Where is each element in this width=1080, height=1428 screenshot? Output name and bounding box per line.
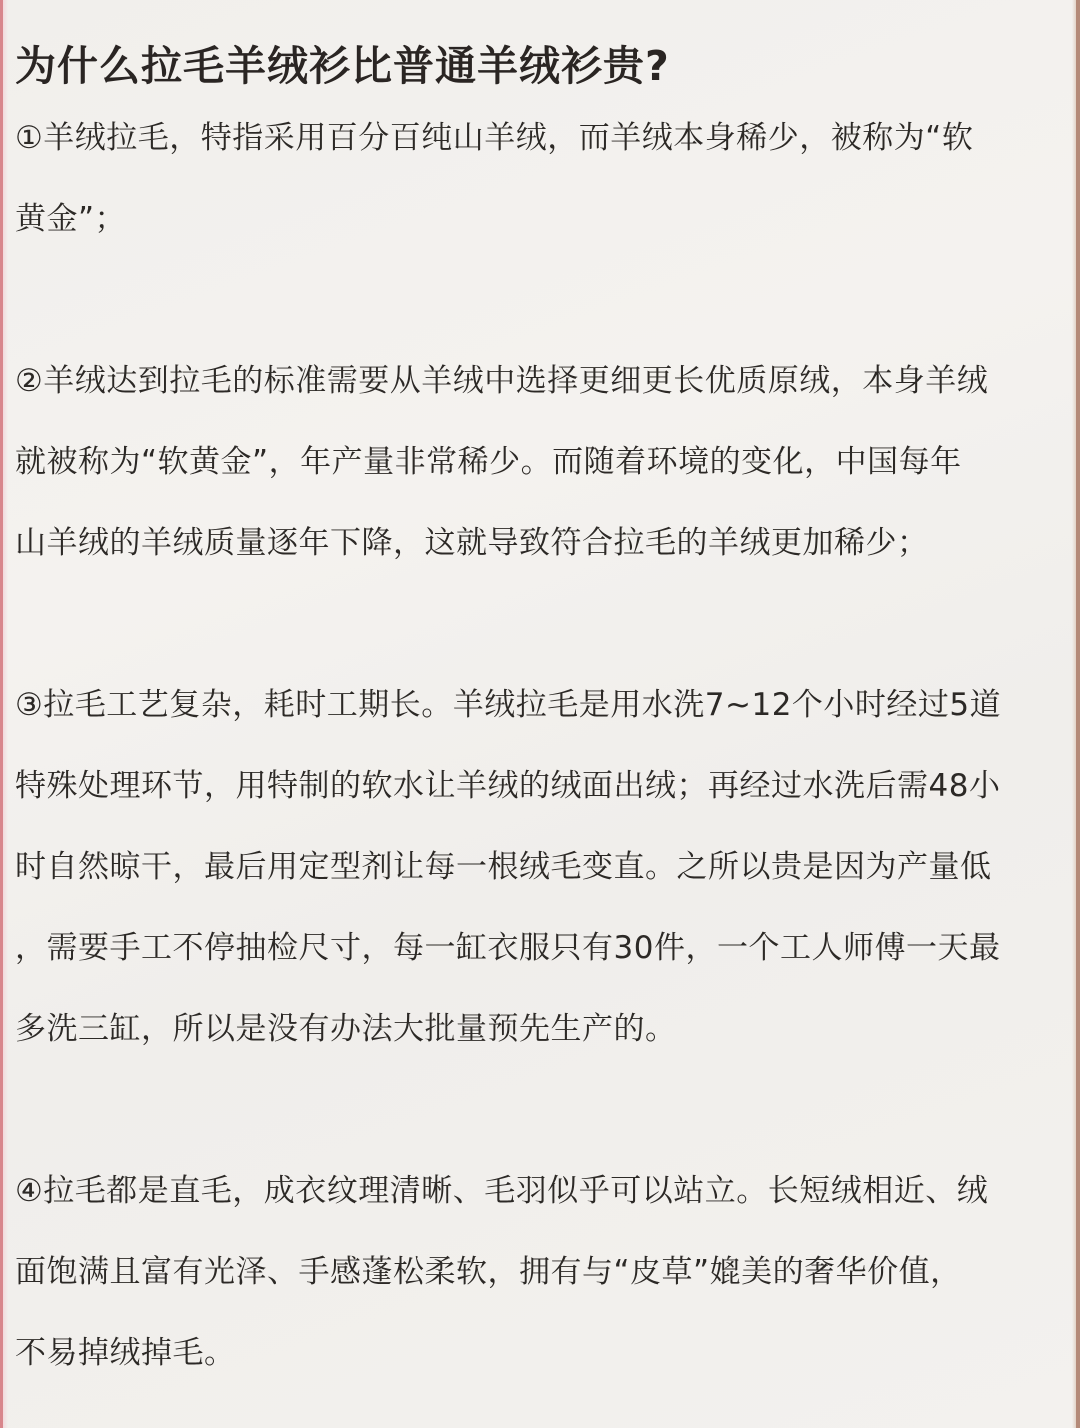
- paragraph-line: ①羊绒拉毛，特指采用百分百纯山羊绒，而羊绒本身稀少，被称为“软: [15, 98, 1065, 179]
- right-border-stripe: [1076, 0, 1080, 1428]
- right-border-glow: [1072, 0, 1076, 1428]
- paragraph-line: 不易掉绒掉毛。: [15, 1313, 1065, 1394]
- document-page: 为什么拉毛羊绒衫比普通羊绒衫贵? ①羊绒拉毛，特指采用百分百纯山羊绒，而羊绒本身…: [0, 0, 1080, 1428]
- paragraph-line: 山羊绒的羊绒质量逐年下降，这就导致符合拉毛的羊绒更加稀少；: [15, 503, 1065, 584]
- paragraph-line: 时自然晾干，最后用定型剂让每一根绒毛变直。之所以贵是因为产量低: [15, 827, 1065, 908]
- left-border-glow: [3, 0, 8, 1428]
- paragraph-line: ④拉毛都是直毛，成衣纹理清晰、毛羽似乎可以站立。长短绒相近、绒: [15, 1151, 1065, 1232]
- paragraph-4: ④拉毛都是直毛，成衣纹理清晰、毛羽似乎可以站立。长短绒相近、绒 面饱满且富有光泽…: [15, 1151, 1065, 1394]
- paragraph-line: 多洗三缸，所以是没有办法大批量预先生产的。: [15, 989, 1065, 1070]
- paragraph-line: 黄金”；: [15, 179, 1065, 260]
- paragraph-line: 特殊处理环节，用特制的软水让羊绒的绒面出绒；再经过水洗后需48小: [15, 746, 1065, 827]
- paragraph-line: 就被称为“软黄金”，年产量非常稀少。而随着环境的变化，中国每年: [15, 422, 1065, 503]
- paragraph-line: ②羊绒达到拉毛的标准需要从羊绒中选择更细更长优质原绒，本身羊绒: [15, 341, 1065, 422]
- page-title: 为什么拉毛羊绒衫比普通羊绒衫贵?: [15, 38, 670, 94]
- paragraph-3: ③拉毛工艺复杂，耗时工期长。羊绒拉毛是用水洗7~12个小时经过5道 特殊处理环节…: [15, 665, 1065, 1070]
- paragraph-line: ③拉毛工艺复杂，耗时工期长。羊绒拉毛是用水洗7~12个小时经过5道: [15, 665, 1065, 746]
- paragraph-1: ①羊绒拉毛，特指采用百分百纯山羊绒，而羊绒本身稀少，被称为“软 黄金”；: [15, 98, 1065, 260]
- paragraph-line: ，需要手工不停抽检尺寸，每一缸衣服只有30件，一个工人师傅一天最: [15, 908, 1065, 989]
- paragraph-line: 面饱满且富有光泽、手感蓬松柔软，拥有与“皮草”媲美的奢华价值，: [15, 1232, 1065, 1313]
- paragraph-2: ②羊绒达到拉毛的标准需要从羊绒中选择更细更长优质原绒，本身羊绒 就被称为“软黄金…: [15, 341, 1065, 584]
